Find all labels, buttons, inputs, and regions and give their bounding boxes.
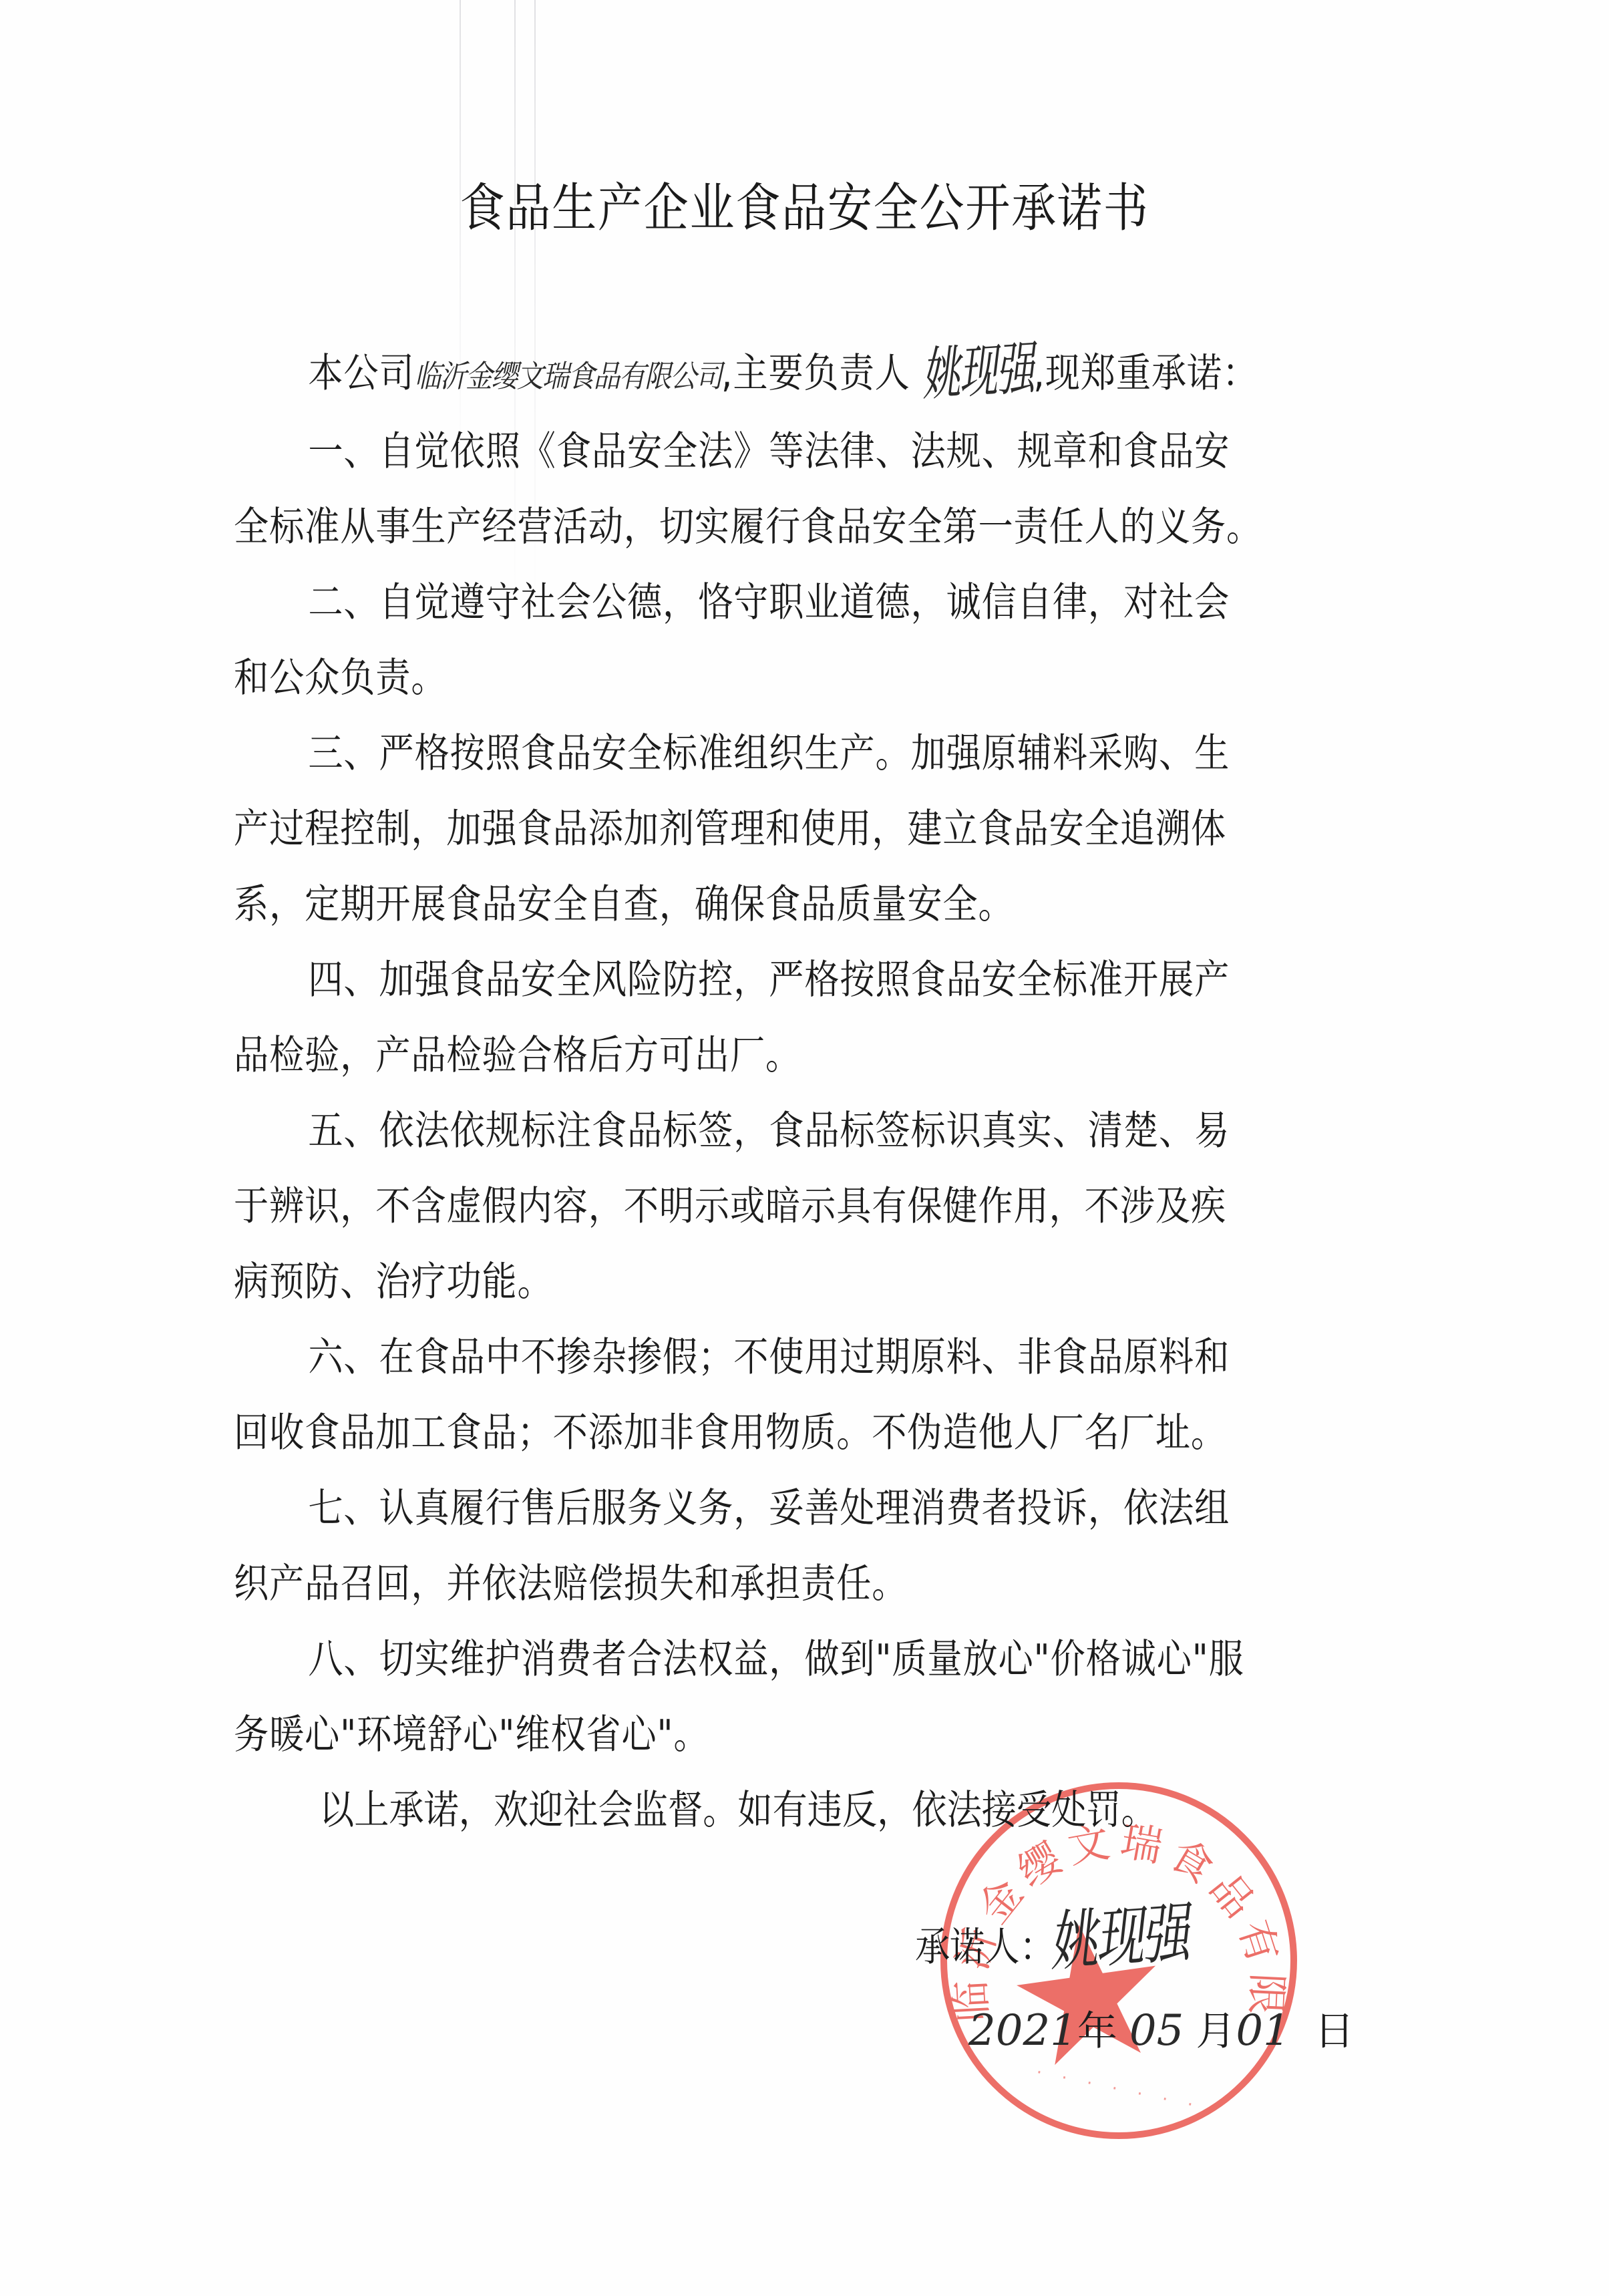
clause-5-line-2: 于辨识，不含虚假内容，不明示或暗示具有保健作用，不涉及疾 bbox=[234, 1169, 1303, 1245]
closing-statement: 以上承诺，欢迎社会监督。如有违反，依法接受处罚。 bbox=[319, 1777, 1156, 1844]
clause-5-line-3: 病预防、治疗功能。 bbox=[234, 1245, 1303, 1320]
date-month: 05 bbox=[1129, 2006, 1184, 2056]
svg-text:· · · · · · ·: · · · · · · · bbox=[1033, 2064, 1200, 2114]
clause-2-line-1: 二、自觉遵守社会公德，恪守职业道德，诚信自律，对社会 bbox=[234, 565, 1303, 641]
company-name-handwritten: 临沂金缨文瑞食品有限公司 bbox=[415, 358, 721, 394]
document-page: 食品生产企业食品安全公开承诺书 本公司临沂金缨文瑞食品有限公司,主要负责人 姚现… bbox=[0, 0, 1609, 2296]
clause-3-line-3: 系，定期开展食品安全自查，确保食品质量安全。 bbox=[234, 867, 1303, 943]
intro-prefix: 本公司 bbox=[308, 350, 414, 397]
signer-label: 承诺人： bbox=[915, 1914, 1055, 1981]
signer-signature: 姚现强 bbox=[1045, 1880, 1190, 1983]
document-title: 食品生产企业食品安全公开承诺书 bbox=[113, 175, 1497, 242]
clause-7-line-1: 七、认真履行售后服务义务，妥善处理消费者投诉，依法组 bbox=[234, 1471, 1303, 1546]
responsible-person-signature: 姚现强 bbox=[920, 319, 1035, 424]
date-line: 2021年05月01日 bbox=[968, 1997, 1355, 2065]
clause-6-line-2: 回收食品加工食品；不添加非食用物质。不伪造他人厂名厂址。 bbox=[234, 1396, 1303, 1471]
clause-3-line-1: 三、严格按照食品安全标准组织生产。加强原辅料采购、生 bbox=[234, 716, 1303, 792]
clause-1-line-1: 一、自觉依照《食品安全法》等法律、法规、规章和食品安 bbox=[234, 414, 1303, 490]
document-body: 本公司临沂金缨文瑞食品有限公司,主要负责人 姚现强,现郑重承诺： 一、自觉依照《… bbox=[234, 334, 1463, 1773]
date-day: 01 bbox=[1236, 2006, 1290, 2056]
clause-1-line-2: 全标准从事生产经营活动，切实履行食品安全第一责任人的义务。 bbox=[234, 490, 1303, 565]
intro-middle: ,主要负责人 bbox=[721, 350, 910, 397]
date-year-unit: 年 bbox=[1077, 2008, 1117, 2055]
date-day-unit: 日 bbox=[1314, 2008, 1355, 2055]
clause-4-line-2: 品检验，产品检验合格后方可出厂。 bbox=[234, 1018, 1303, 1094]
clause-2-line-2: 和公众负责。 bbox=[234, 641, 1303, 716]
date-month-unit: 月 bbox=[1196, 2008, 1236, 2055]
clause-8-line-2: 务暖心"环境舒心"维权省心"。 bbox=[234, 1697, 1303, 1773]
intro-line: 本公司临沂金缨文瑞食品有限公司,主要负责人 姚现强,现郑重承诺： bbox=[234, 334, 1303, 414]
clause-4-line-1: 四、加强食品安全风险防控，严格按照食品安全标准开展产 bbox=[234, 943, 1303, 1018]
clause-8-line-1: 八、切实维护消费者合法权益，做到"质量放心"价格诚心"服 bbox=[234, 1622, 1303, 1697]
intro-suffix: ,现郑重承诺： bbox=[1033, 350, 1258, 397]
clause-3-line-2: 产过程控制，加强食品添加剂管理和使用，建立食品安全追溯体 bbox=[234, 792, 1303, 867]
clause-6-line-1: 六、在食品中不掺杂掺假；不使用过期原料、非食品原料和 bbox=[234, 1320, 1303, 1396]
clause-7-line-2: 织产品召回，并依法赔偿损失和承担责任。 bbox=[234, 1546, 1303, 1622]
date-year: 2021 bbox=[968, 2006, 1077, 2056]
clause-5-line-1: 五、依法依规标注食品标签，食品标签标识真实、清楚、易 bbox=[234, 1094, 1303, 1169]
